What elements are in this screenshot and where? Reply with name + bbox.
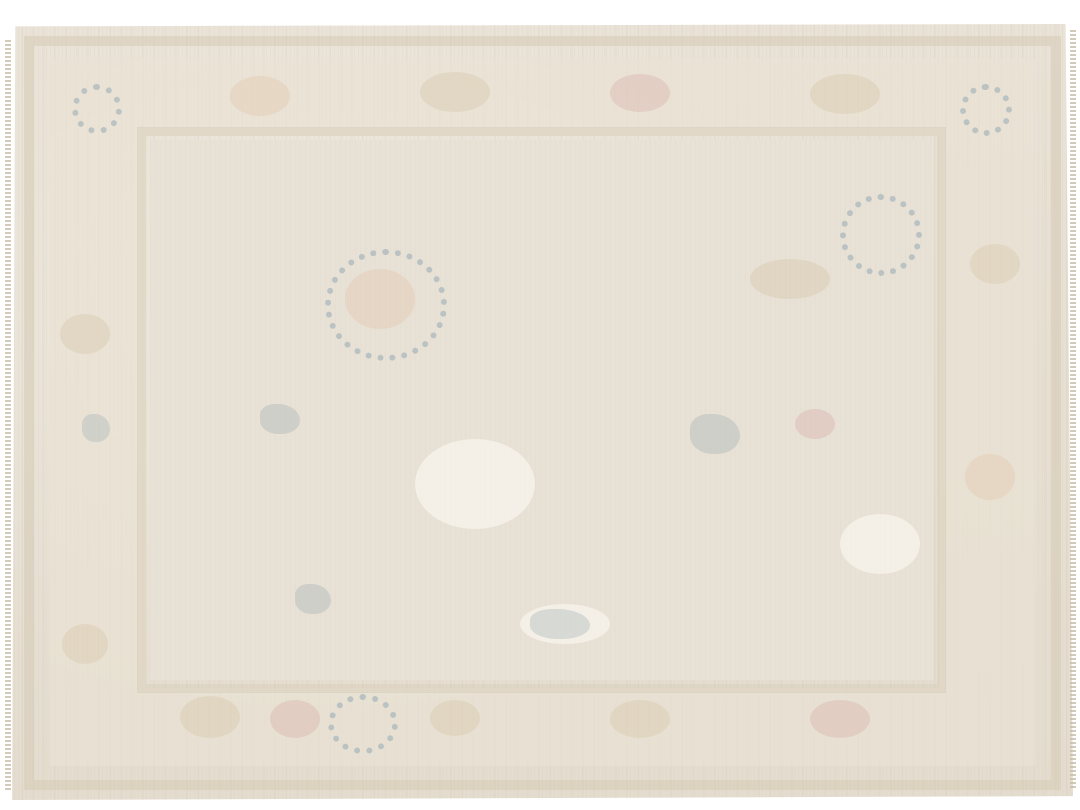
border-floral-motif — [810, 700, 870, 738]
border-floral-motif — [970, 244, 1020, 284]
field-floral-motif — [345, 269, 415, 329]
border-rosette-motif — [960, 84, 1012, 136]
rug — [10, 24, 1073, 800]
border-floral-motif — [420, 72, 490, 112]
border-rosette-motif — [72, 84, 122, 134]
field-leaf-motif — [260, 404, 300, 434]
field-floral-motif — [795, 409, 835, 439]
border-floral-motif — [230, 76, 290, 116]
border-floral-motif — [610, 74, 670, 112]
border-rosette-motif — [328, 694, 398, 754]
border-leaf-motif — [82, 414, 110, 442]
field-floral-motif — [750, 259, 830, 299]
border-floral-motif — [62, 624, 108, 664]
border-floral-motif — [610, 700, 670, 738]
border-floral-motif — [810, 74, 880, 114]
border-floral-motif — [60, 314, 110, 354]
field-highlight-motif — [840, 514, 920, 574]
field-leaf-motif — [530, 609, 590, 639]
field-highlight-motif — [415, 439, 535, 529]
border-floral-motif — [430, 700, 480, 736]
field-leaf-motif — [295, 584, 331, 614]
border-floral-motif — [965, 454, 1015, 500]
left-fringe — [5, 40, 11, 790]
border-floral-motif — [270, 700, 320, 738]
field-leaf-motif — [690, 414, 740, 454]
border-floral-motif — [180, 696, 240, 738]
field-rosette-motif — [840, 194, 922, 276]
right-fringe — [1070, 30, 1076, 790]
